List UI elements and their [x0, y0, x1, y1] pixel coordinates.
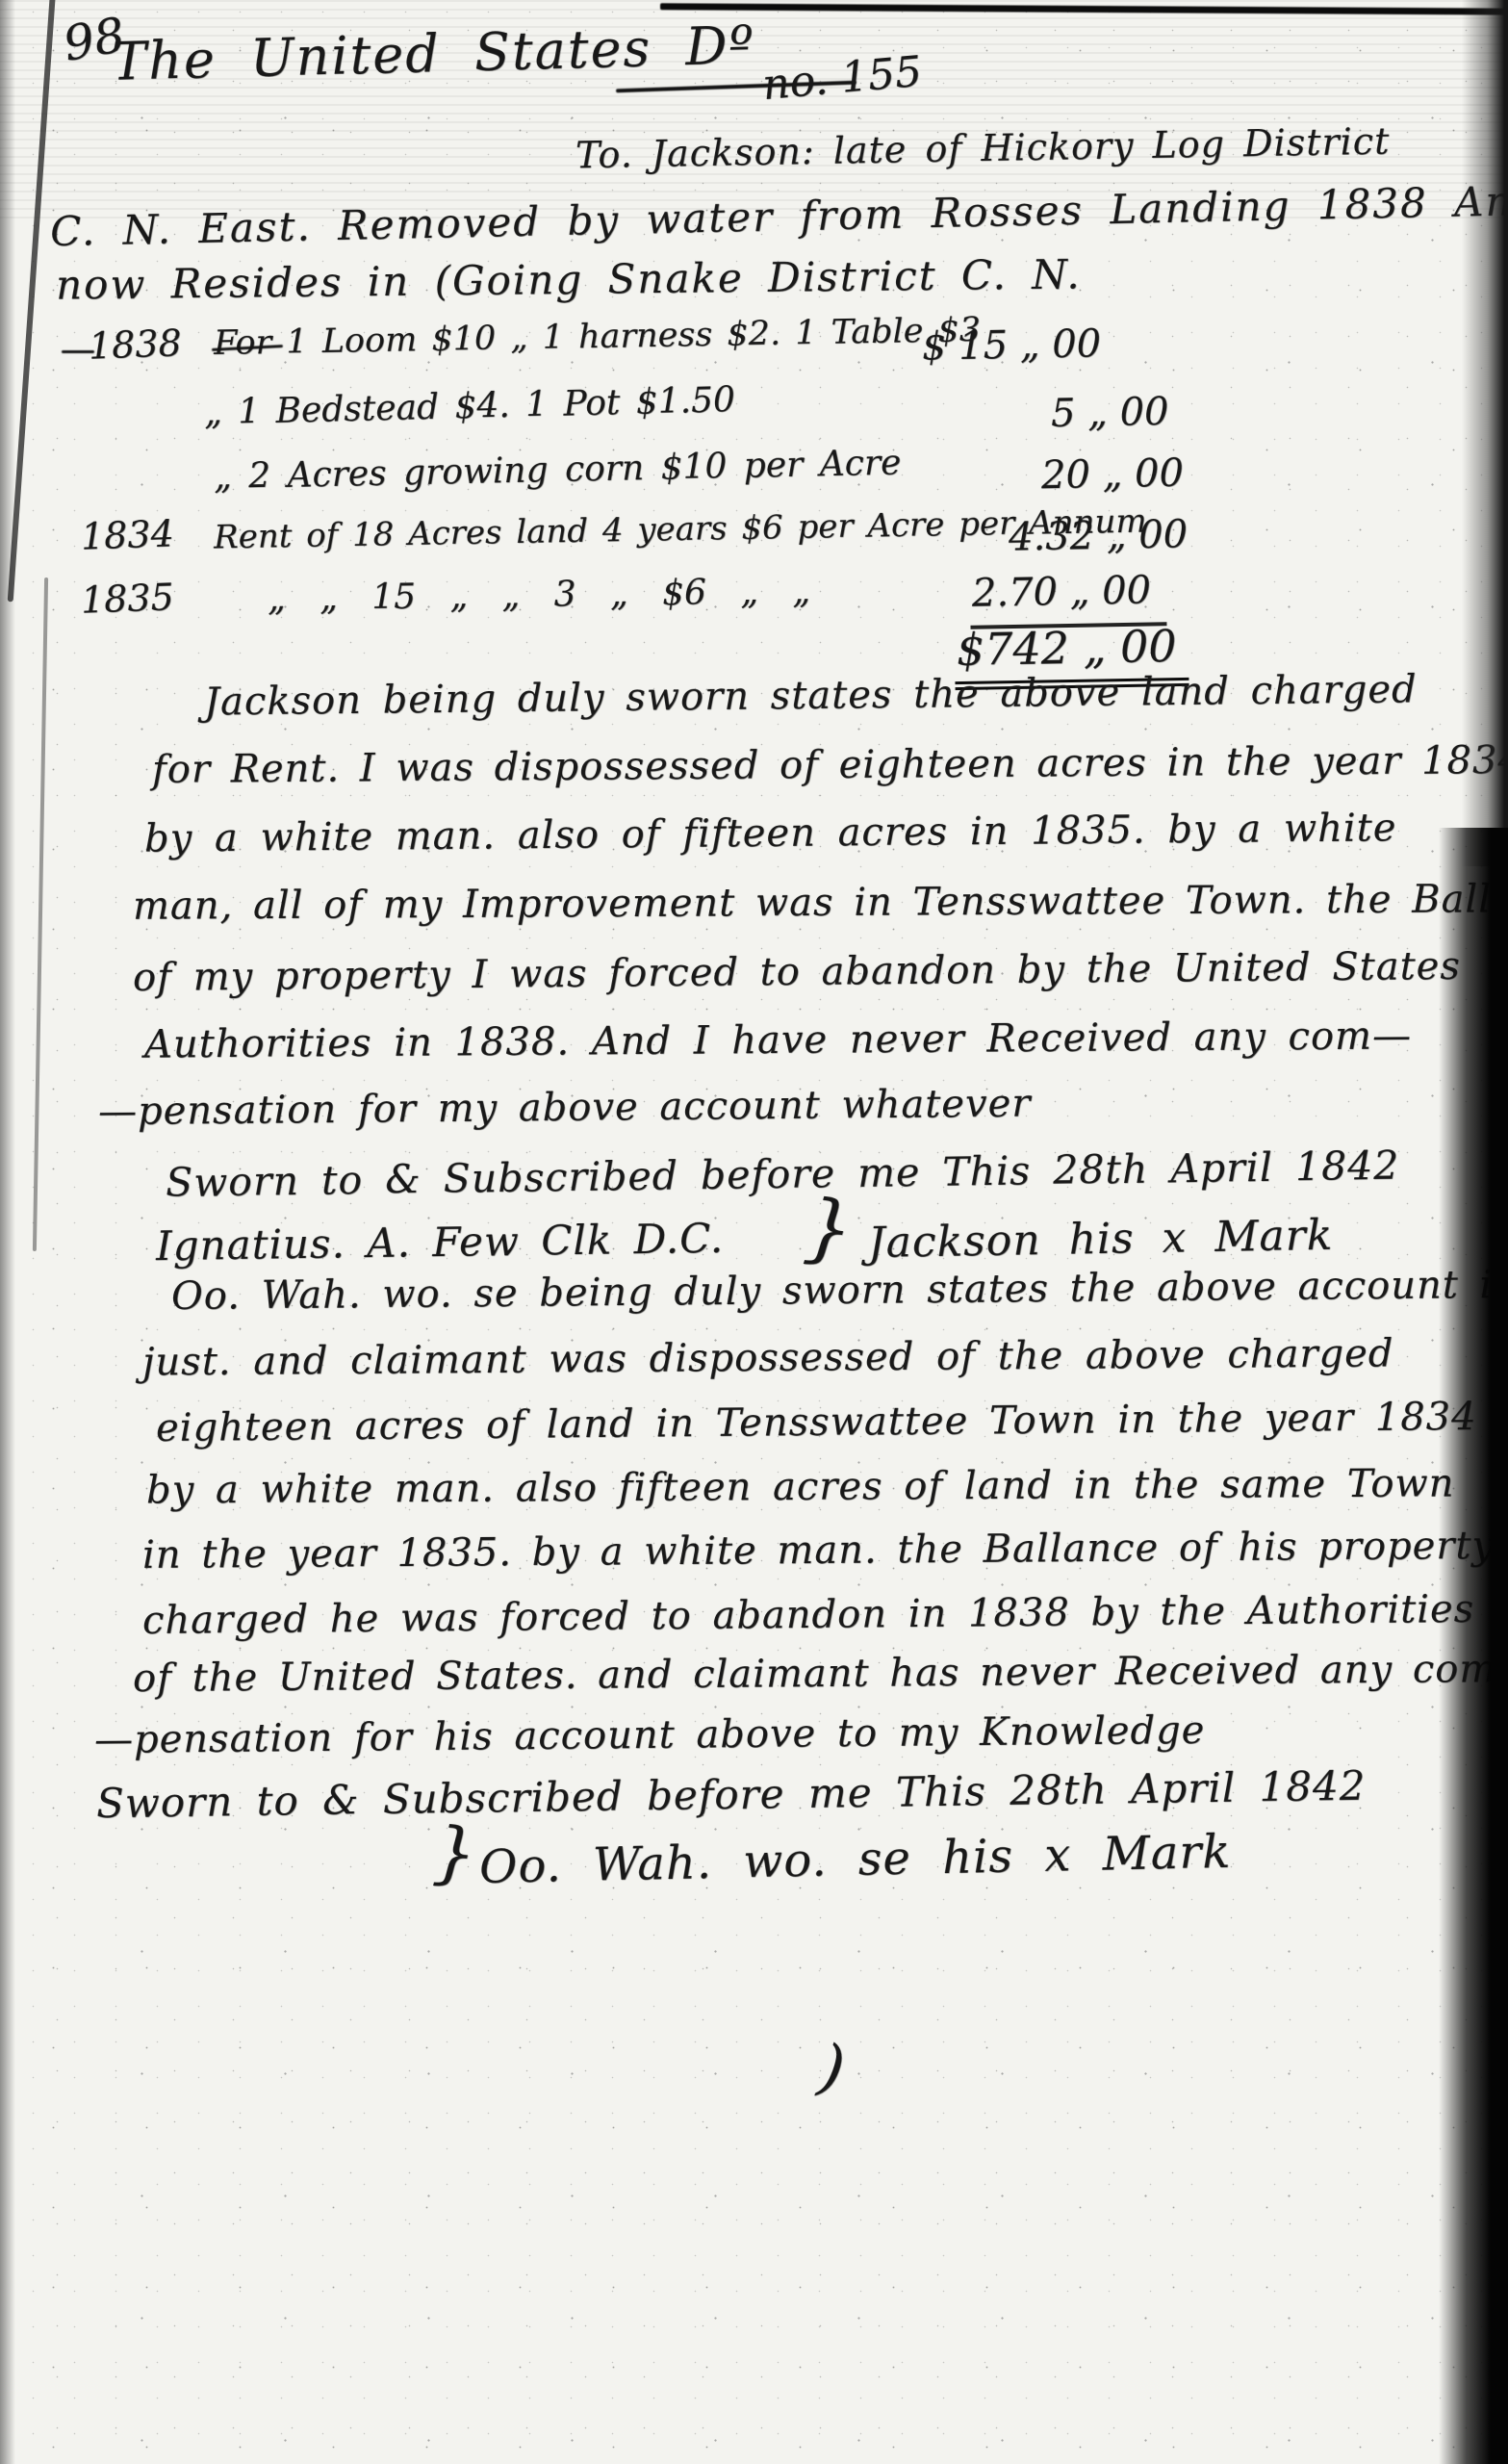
- scan-right-edge-upper: [1462, 0, 1508, 866]
- affidavit1-line-4: man, all of my Improvement was in Tenssw…: [133, 877, 1506, 928]
- attestation2-brace: }: [430, 1812, 478, 1894]
- claim-number: no. 155: [760, 47, 924, 110]
- attestation1-brace: }: [800, 1184, 856, 1275]
- affidavit2-line-3: eighteen acres of land in Tensswattee To…: [156, 1395, 1477, 1450]
- removal-line: C. N. East. Removed by water from Rosses…: [50, 177, 1508, 255]
- account-year-1: 1838: [88, 321, 182, 367]
- affidavit1-line-2: for Rent. I was dispossessed of eighteen…: [152, 738, 1508, 792]
- affidavit2-line-8: —pensation for his account above to my K…: [94, 1708, 1206, 1762]
- attestation2-witness-mark: Oo. Wah. wo. se his x Mark: [478, 1825, 1231, 1894]
- account-desc-4: Rent of 18 Acres land 4 years $6 per Acr…: [214, 502, 1147, 557]
- scan-right-edge-lower: [1439, 828, 1508, 2464]
- page-fold-line-lower: [33, 577, 48, 1251]
- account-amount-4: 4.32 „ 00: [1009, 512, 1189, 559]
- residence-line: now Resides in (Going Snake District C. …: [56, 250, 1082, 308]
- account-amount-3: 20 „ 00: [1041, 451, 1185, 499]
- document-scan: 98 The United States Dº no. 155 To. Jack…: [0, 0, 1508, 2464]
- page-fold-line: [8, 0, 57, 602]
- affidavit1-line-7: —pensation for my above account whatever: [98, 1082, 1032, 1134]
- affidavit2-line-5: in the year 1835. by a white man. the Ba…: [142, 1524, 1495, 1578]
- ink-stroke-year-dash: [62, 350, 94, 353]
- account-desc-3: „ 2 Acres growing corn $10 per Acre: [214, 444, 902, 498]
- account-amount-2: 5 „ 00: [1051, 390, 1169, 436]
- affidavit2-line-1: Oo. Wah. wo. se being duly sworn states …: [171, 1263, 1508, 1319]
- stray-mark: ): [814, 2032, 849, 2106]
- attestation1-officer-signature: Ignatius. A. Few Clk D.C.: [156, 1215, 725, 1270]
- account-desc-5: „ „ 15 „ „ 3 „ $6 „ „: [268, 572, 811, 619]
- affidavit1-line-5: of my property I was forced to abandon b…: [133, 944, 1461, 1000]
- account-desc-1: For 1 Loom $10 „ 1 harness $2. 1 Table $…: [214, 311, 982, 363]
- affidavit2-line-7: of the United States. and claimant has n…: [133, 1647, 1508, 1701]
- affidavit2-line-4: by a white man. also fifteen acres of la…: [146, 1461, 1455, 1512]
- account-year-4: 1834: [80, 512, 174, 557]
- document-title: The United States Dº: [111, 14, 755, 91]
- affidavit1-line-3: by a white man. also of fifteen acres in…: [144, 806, 1397, 860]
- attestation2-sworn-line: Sworn to & Subscribed before me This 28t…: [96, 1762, 1367, 1827]
- account-year-5: 1835: [80, 576, 174, 621]
- affidavit2-line-2: just. and claimant was dispossessed of t…: [142, 1331, 1394, 1384]
- affidavit2-line-6: charged he was forced to abandon in 1838…: [142, 1587, 1475, 1643]
- scan-top-edge-line: [660, 3, 1508, 14]
- account-desc-2: „ 1 Bedstead $4. 1 Pot $1.50: [204, 380, 736, 432]
- scan-left-edge: [0, 0, 15, 2464]
- affidavit1-line-1: Jackson being duly sworn states the abov…: [204, 667, 1418, 724]
- addressee-line: To. Jackson: late of Hickory Log Distric…: [575, 120, 1391, 177]
- account-amount-1: $ 15 „ 00: [922, 321, 1102, 369]
- affidavit1-line-6: Authorities in 1838. And I have never Re…: [144, 1014, 1412, 1066]
- attestation1-claimant-mark: Jackson his x Mark: [868, 1211, 1334, 1268]
- attestation1-sworn-line: Sworn to & Subscribed before me This 28t…: [166, 1142, 1400, 1206]
